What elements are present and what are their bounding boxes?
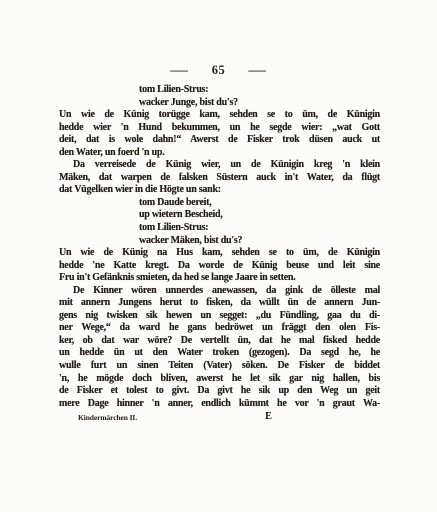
verse-line: up wietern Bescheid, [59,209,380,222]
body-line: hedde wier 'n Hund bekummen, un he segde… [59,122,380,135]
body-line: mit annern Jungens herut to fisken, da w… [59,297,380,310]
verse-line: wacker Junge, bist du's? [59,97,380,110]
body-line: Un wie de Künig torügge kam, sehden se t… [59,109,380,122]
verse-line: tom Daude bereit, [59,197,380,210]
body-line: wulle furt un sinen Teiten (Vater) söken… [59,360,380,373]
paragraph-first-line: Da verreisede de Künig wier, un de Künig… [59,159,380,172]
volume-label: Kindermärchen II. [78,413,137,422]
header-dash-right: — [249,63,267,78]
page-footer: Kindermärchen II. E [59,411,380,425]
running-head: — 65 — [0,63,437,78]
body-line: Fru in't Gefänknis smieten, da hed se la… [59,272,380,285]
signature-mark: E [265,411,272,422]
verse-line: tom Lilien-Strus: [59,84,380,97]
body-line: dat Vügelken wier in die Högte un sank: [59,184,380,197]
body-line: hedde 'ne Katte kregt. Da worde de Künig… [59,260,380,273]
body-line: 'n, he mögde doch bliven, awerst he let … [59,373,380,386]
verse-line: wacker Mäken, bist du's? [59,235,380,248]
body-line: un hedde ün ut den Water troken (gezogen… [59,347,380,360]
body-line: mere Dage hinner 'n anner, endlich kümmt… [59,398,380,411]
body-line: Mäken, dat warpen de falsken Süstern auc… [59,172,380,185]
text-block: tom Lilien-Strus: wacker Junge, bist du'… [59,84,380,410]
body-line: Un wie de Künig na Hus kam, sehden se to… [59,247,380,260]
page-number: 65 [212,63,226,78]
verse-line: tom Lilien-Strus: [59,222,380,235]
body-line: gens nig twisken sik hewen un segget: „d… [59,310,380,323]
book-page-scan: — 65 — tom Lilien-Strus: wacker Junge, b… [0,0,437,512]
paragraph-first-line: De Kinner wören unnerdes anewassen, da g… [59,285,380,298]
header-dash-left: — [170,63,188,78]
body-line: ner Wege,“ da ward he gans bedröwet un f… [59,322,380,335]
body-line: den Water, un foerd 'n up. [59,147,380,160]
body-line: ker, ob dat war wöre? De vertellt ün, da… [59,335,380,348]
body-line: deit, dat is wole dahn!“ Awerst de Fiske… [59,134,380,147]
body-line: de Fisker et tolest to givt. Da givt he … [59,385,380,398]
